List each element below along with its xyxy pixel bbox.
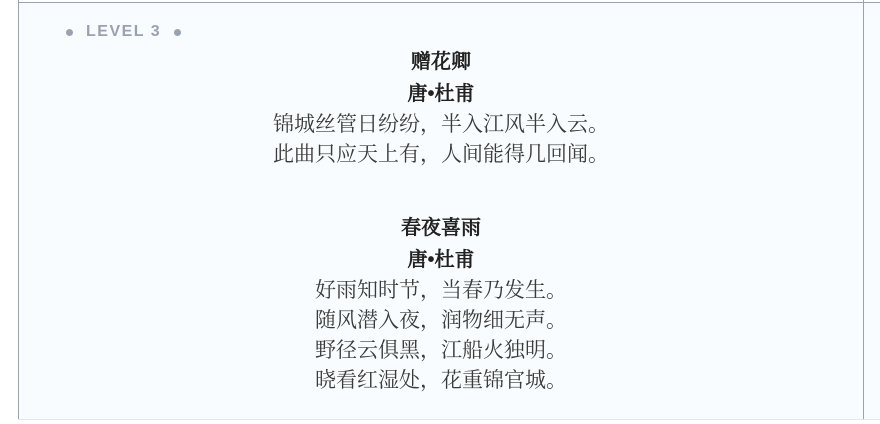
poem-line: 随风潜入夜，润物细无声。 bbox=[19, 306, 863, 336]
poem-line: 野径云俱黑，江船火独明。 bbox=[19, 336, 863, 366]
panel-right-border bbox=[863, 0, 864, 420]
level-label: LEVEL 3 bbox=[86, 23, 161, 41]
poem-author: 唐•杜甫 bbox=[19, 78, 863, 110]
poem-chun-ye-xi-yu: 春夜喜雨 唐•杜甫 好雨知时节，当春乃发生。 随风潜入夜，润物细无声。 野径云俱… bbox=[19, 212, 863, 396]
panel-bottom-border bbox=[18, 419, 880, 420]
poem-line: 此曲只应天上有，人间能得几回闻。 bbox=[19, 140, 863, 170]
poem-line: 晓看红湿处，花重锦官城。 bbox=[19, 366, 863, 396]
poem-list: 赠花卿 唐•杜甫 锦城丝管日纷纷，半入江风半入云。 此曲只应天上有，人间能得几回… bbox=[19, 46, 863, 396]
level-panel: LEVEL 3 赠花卿 唐•杜甫 锦城丝管日纷纷，半入江风半入云。 此曲只应天上… bbox=[19, 0, 863, 419]
poem-author: 唐•杜甫 bbox=[19, 244, 863, 276]
poem-line: 好雨知时节，当春乃发生。 bbox=[19, 276, 863, 306]
poem-title: 春夜喜雨 bbox=[19, 212, 863, 244]
level-bullet-icon bbox=[174, 29, 181, 36]
poem-title: 赠花卿 bbox=[19, 46, 863, 78]
poem-line: 锦城丝管日纷纷，半入江风半入云。 bbox=[19, 110, 863, 140]
poem-zeng-hua-qing: 赠花卿 唐•杜甫 锦城丝管日纷纷，半入江风半入云。 此曲只应天上有，人间能得几回… bbox=[19, 46, 863, 170]
level-header: LEVEL 3 bbox=[66, 23, 181, 41]
level-bullet-icon bbox=[66, 29, 73, 36]
